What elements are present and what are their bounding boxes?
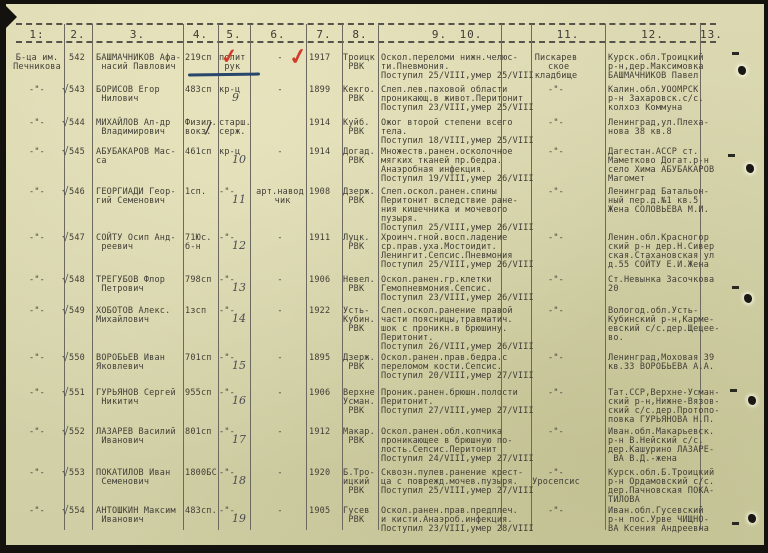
pencil-sequence-number: 12 (232, 241, 246, 250)
specialty-cell: - (252, 148, 308, 157)
specialty-cell: - (252, 354, 308, 363)
red-checkmark-icon: ✓ (219, 43, 239, 69)
burial-place: -"- (506, 276, 606, 285)
binder-hole-icon (748, 514, 756, 523)
draft-office: Луцк. РВК (343, 234, 379, 252)
soldier-name: ПОКАТИЛОВ Иван Семенович (96, 469, 186, 487)
birth-year: 1908 (309, 188, 343, 197)
specialty-cell: - (252, 428, 308, 437)
relatives-address: Иван.обл.Гусевский р-н пос.Урве ЧИЩНО- В… (608, 507, 708, 534)
pencil-check-icon: √ (62, 353, 69, 362)
paper-mark (730, 389, 737, 392)
paper-mark (732, 52, 739, 55)
military-unit: 219сп (185, 54, 221, 63)
binder-hole-icon (748, 396, 756, 405)
military-unit: 1сп. (185, 188, 221, 197)
pencil-sequence-number: 13 (232, 283, 246, 292)
pencil-sequence-number: 10 (232, 155, 246, 164)
burial-place: -"- (506, 234, 606, 243)
record-number: 548 (69, 276, 91, 285)
burial-place: -"- (506, 507, 606, 516)
pencil-sequence-number: 11 (232, 195, 246, 204)
record-number: 544 (69, 119, 91, 128)
relatives-address: Ленинград,Моховая 39 кв.33 ВОРОБЬЕВА А.А… (608, 354, 708, 372)
burial-place: -"- (506, 86, 606, 95)
burial-place: -"- Уросепсис (506, 469, 606, 487)
military-unit: 461сп (185, 148, 221, 157)
relatives-address: Ленинград,ул.Плеха- нова 38 кв.8 (608, 119, 708, 137)
soldier-name: АНТОШКИН Максим Иванович (96, 507, 186, 525)
hospital-cell: -"- (10, 307, 64, 316)
paper-mark (728, 154, 735, 157)
military-unit: 701сп (185, 354, 221, 363)
military-unit: Физил. вокз. (185, 119, 221, 137)
military-unit: 483сп (185, 86, 221, 95)
specialty-cell: - (252, 307, 308, 316)
record-number: 542 (69, 54, 91, 63)
specialty-cell: арт.навод чик (252, 188, 308, 206)
military-unit: 801сп (185, 428, 221, 437)
pencil-sequence-number: 14 (232, 314, 246, 323)
birth-year: 1899 (309, 86, 343, 95)
specialty-cell: - (252, 276, 308, 285)
military-unit: 483сп. (185, 507, 221, 516)
burial-place: -"- (506, 389, 606, 398)
pencil-check-icon: √ (62, 233, 69, 242)
birth-year: 1914 (309, 119, 343, 128)
hospital-cell: -"- (10, 188, 64, 197)
draft-office: Дзерж. РВК (343, 354, 379, 372)
draft-office: Макар. РВК (343, 428, 379, 446)
pencil-sequence-number: 18 (232, 476, 246, 485)
specialty-cell: - (252, 469, 308, 478)
document-page: 1:2.3.4.5.6.7.8.9.10.11.12.13. Б-ца им. … (6, 4, 764, 545)
draft-office: Кекго. РВК (343, 86, 379, 104)
burial-place: -"- (506, 354, 606, 363)
column-rule (92, 24, 93, 530)
column-header-8: 8. (342, 28, 378, 41)
column-header-7: 7. (306, 28, 342, 41)
soldier-name: ЛАЗАРЕВ Василий Иванович (96, 428, 186, 446)
relatives-address: Тат.ССР,Верхне-Усман- ский р-н,Нижне-Вяз… (608, 389, 708, 425)
record-number: 554 (69, 507, 91, 516)
military-unit: 1800БС (185, 469, 221, 478)
burial-place: -"- (506, 428, 606, 437)
burial-place: -"- (506, 119, 606, 128)
column-header-4: 4. (183, 28, 218, 41)
burial-place: Пискарев ское кладбище (506, 54, 606, 81)
pencil-check-icon: √ (62, 187, 69, 196)
birth-year: 1906 (309, 389, 343, 398)
birth-year: 1920 (309, 469, 343, 478)
binder-hole-icon (746, 164, 754, 173)
record-number: 545 (69, 148, 91, 157)
pencil-check-icon: √ (62, 427, 69, 436)
pencil-sequence-number: 15 (232, 361, 246, 370)
birth-year: 1905 (309, 507, 343, 516)
birth-year: 1912 (309, 428, 343, 437)
paper-mark (732, 522, 739, 525)
burial-place: -"- (506, 148, 606, 157)
soldier-name: ХОБОТОВ Алекс. Михайлович (96, 307, 186, 325)
hospital-cell: -"- (10, 389, 64, 398)
soldier-name: БАШМАЧНИКОВ Афа- насий Павлович (96, 54, 186, 72)
column-header-5: 5. (218, 28, 250, 41)
column-header-3: 3. (92, 28, 183, 41)
specialty-cell: - (252, 507, 308, 516)
hospital-cell: -"- (10, 119, 64, 128)
binder-hole-icon (744, 294, 752, 303)
relatives-address: Калин.обл.УООМРСК р-н Захаровск.с/с. кол… (608, 86, 708, 113)
header-bottom-rule (16, 41, 716, 47)
pencil-sequence-number: 16 (232, 396, 246, 405)
pencil-sequence-number: 19 (232, 514, 246, 523)
binder-hole-icon (738, 66, 746, 75)
draft-office: Дзерж. РВК (343, 188, 379, 206)
relatives-address: Дагестан.АССР ст. Маметково Догат.р-н се… (608, 148, 708, 184)
draft-office: Усть- Кубин. РВК (343, 307, 379, 334)
hospital-cell: -"- (10, 469, 64, 478)
soldier-name: БОРИСОВ Егор Нилович (96, 86, 186, 104)
soldier-name: АБУБАКАРОВ Мас- са (96, 148, 186, 166)
pencil-check-icon: √ (62, 468, 69, 477)
relatives-address: Курск.обл.Б.Троицкий р-н Ордамовский с/с… (608, 469, 708, 505)
birth-year: 1914 (309, 148, 343, 157)
relatives-address: Курск.обл.Троицкий р-н,дер.Максимовка БА… (608, 54, 708, 81)
military-unit: 955сп (185, 389, 221, 398)
pencil-check-icon: / (204, 119, 213, 137)
pencil-sequence-number: 9 (232, 93, 239, 102)
burial-place: -"- (506, 307, 606, 316)
military-unit: 798сп (185, 276, 221, 285)
hospital-cell: -"- (10, 148, 64, 157)
relatives-address: Ленин.обл.Красногор ский р-н дер.Н.Сивер… (608, 234, 708, 270)
pencil-check-icon: √ (62, 85, 69, 94)
hospital-cell: -"- (10, 507, 64, 516)
specialty-cell: - (252, 234, 308, 243)
birth-year: 1911 (309, 234, 343, 243)
column-header-6: 6. (250, 28, 306, 41)
record-number: 543 (69, 86, 91, 95)
birth-year: 1922 (309, 307, 343, 316)
soldier-name: СОЙТУ Осип Анд- реевич (96, 234, 186, 252)
birth-year: 1917 (309, 54, 343, 63)
birth-year: 1906 (309, 276, 343, 285)
soldier-name: МИХАЙЛОВ Ал-др Владимирович (96, 119, 186, 137)
column-header-11: 11. (531, 28, 605, 41)
soldier-name: ГУРЬЯНОВ Сергей Никитич (96, 389, 186, 407)
column-header-12: 12. (605, 28, 700, 41)
relatives-address: Ст.Невынка Засочкова 20 (608, 276, 708, 294)
column-header-13: 13. (700, 28, 720, 41)
record-number: 551 (69, 389, 91, 398)
hospital-cell: -"- (10, 86, 64, 95)
draft-office: Невел. РВК (343, 276, 379, 294)
pencil-check-icon: √ (62, 147, 69, 156)
soldier-name: ТРЕГУБОВ Флор Петрович (96, 276, 186, 294)
column-header-1: 1: (10, 28, 64, 41)
specialty-cell: - (252, 389, 308, 398)
burial-place: -"- (506, 188, 606, 197)
record-number: 550 (69, 354, 91, 363)
paper-mark (732, 286, 739, 289)
birth-year: 1895 (309, 354, 343, 363)
pencil-check-icon: √ (62, 388, 69, 397)
hospital-cell: -"- (10, 428, 64, 437)
record-number: 549 (69, 307, 91, 316)
record-number: 552 (69, 428, 91, 437)
record-number: 553 (69, 469, 91, 478)
hospital-cell: -"- (10, 354, 64, 363)
pencil-check-icon: √ (62, 275, 69, 284)
draft-office: Верхне Усман. РВК (343, 389, 379, 416)
specialty-cell: - (252, 86, 308, 95)
relatives-address: Ленинград Батальон- ный пер.д.№1 кв.5 Же… (608, 188, 708, 215)
relatives-address: Вологод.обл.Усть- Кубинский р-н,Карме- е… (608, 307, 708, 343)
draft-office: Догад. РВК (343, 148, 379, 166)
column-header-10: 10. (426, 28, 516, 41)
draft-office: Троицк РВК (343, 54, 379, 72)
pencil-check-icon: √ (62, 506, 69, 515)
pencil-sequence-number: 17 (232, 435, 246, 444)
pencil-check-icon: √ (62, 118, 69, 127)
military-unit: 71Юс. б-н (185, 234, 221, 252)
hospital-cell: -"- (10, 276, 64, 285)
draft-office: Гусев РВК (343, 507, 379, 525)
military-unit: 1зсп (185, 307, 221, 316)
relatives-address: Иван.обл.Макарьевск. р-н В.Нейский с/с. … (608, 428, 708, 464)
hospital-cell: Б-ца им. Печникова (10, 54, 64, 72)
draft-office: Куйб. РВК (343, 119, 379, 137)
hospital-cell: -"- (10, 234, 64, 243)
soldier-name: ГЕОРГИАДИ Геор- гий Семенович (96, 188, 186, 206)
record-number: 546 (69, 188, 91, 197)
pencil-check-icon: √ (62, 306, 69, 315)
record-number: 547 (69, 234, 91, 243)
column-header-2: 2. (64, 28, 92, 41)
draft-office: Б.Тро- ицкий РВК (343, 469, 379, 496)
soldier-name: ВОРОБЬЕВ Иван Яковлевич (96, 354, 186, 372)
military-rank: старш. серж. (219, 119, 253, 137)
